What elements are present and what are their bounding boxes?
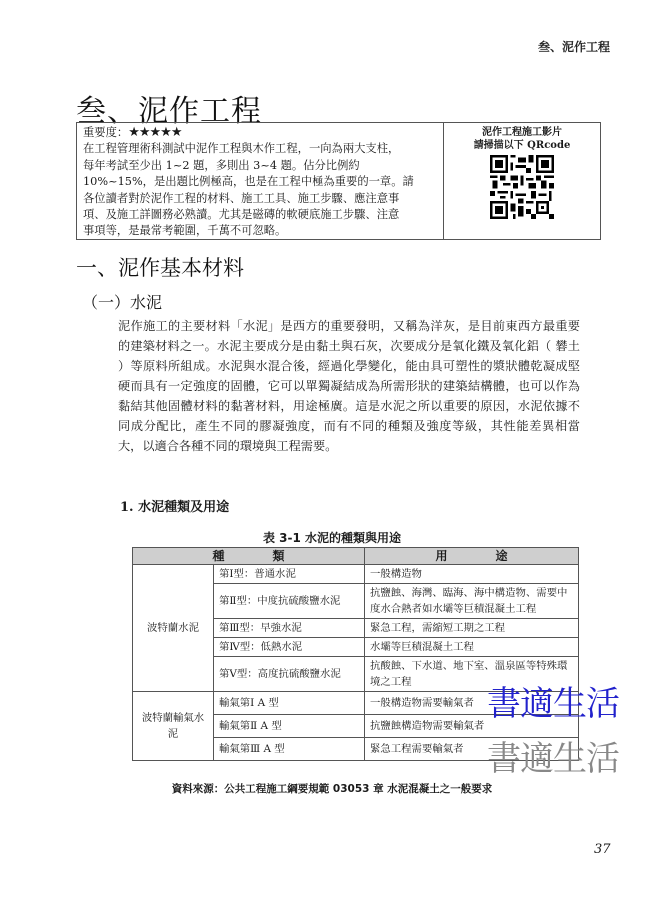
running-head: 叁、泥作工程 <box>538 38 610 55</box>
header-type: 種 類 <box>133 548 365 565</box>
cement-types-table: 種 類 用 途 波特蘭水泥 第Ⅰ型：普通水泥 一般構造物 第Ⅱ型：中度抗硫酸鹽水… <box>132 547 579 761</box>
importance-rating: 重要度：★★★★★ <box>83 125 437 141</box>
watermark-blue: 書適生活 <box>487 676 619 725</box>
intro-line: 每年考試至少出 1~2 題，多則出 3~4 題。佔分比例約 <box>83 158 437 174</box>
intro-line: 事項等，是最常考範圍，千萬不可忽略。 <box>83 223 437 239</box>
type-cell: 輸氣第Ⅱ A 型 <box>214 715 365 738</box>
importance-label: 重要度： <box>83 126 128 139</box>
watermark-gray: 書適生活 <box>487 731 619 780</box>
use-cell: 緊急工程，需縮短工期之工程 <box>365 619 579 638</box>
type-cell: 第Ⅳ型：低熱水泥 <box>214 638 365 657</box>
intro-line: 各位讀者對於泥作工程的材料、施工工具、施工步驟、應注意事 <box>83 191 437 207</box>
type-cell: 輸氣第Ⅰ A 型 <box>214 692 365 715</box>
page-number: 37 <box>594 842 611 857</box>
use-cell: 抗鹽蝕、海灣、臨海、海中構造物、需要中度水合熱者如水壩等巨積混凝土工程 <box>365 584 579 619</box>
type-cell: 第Ⅱ型：中度抗硫酸鹽水泥 <box>214 584 365 619</box>
qr-panel: 泥作工程施工影片 請掃描以下 QRcode <box>444 123 600 239</box>
qr-instruction: 請掃描以下 QRcode <box>474 139 571 152</box>
intro-text: 重要度：★★★★★ 在工程管理術科測試中泥作工程與木作工程，一向為兩大支柱， 每… <box>77 123 444 239</box>
header-use: 用 途 <box>365 548 579 565</box>
table-row: 波特蘭水泥 第Ⅰ型：普通水泥 一般構造物 <box>133 565 579 584</box>
intro-line: 10%~15%，是出題比例極高，也是在工程中極為重要的一章。請 <box>83 174 437 190</box>
use-cell: 水壩等巨積混凝土工程 <box>365 638 579 657</box>
intro-box: 重要度：★★★★★ 在工程管理術科測試中泥作工程與木作工程，一向為兩大支柱， 每… <box>76 122 601 240</box>
qr-code-icon[interactable] <box>490 155 554 219</box>
group-cell: 波特蘭水泥 <box>133 565 214 692</box>
subsection-heading: （一）水泥 <box>82 290 162 313</box>
table-caption: 表 3-1 水泥的種類與用途 <box>0 529 664 546</box>
use-cell: 一般構造物 <box>365 565 579 584</box>
star-icons: ★★★★★ <box>128 125 181 140</box>
type-cell: 第Ⅲ型：早強水泥 <box>214 619 365 638</box>
intro-line: 在工程管理術科測試中泥作工程與木作工程，一向為兩大支柱， <box>83 141 437 157</box>
item-heading: 1. 水泥種類及用途 <box>120 496 229 515</box>
qr-title: 泥作工程施工影片 <box>482 126 562 139</box>
table-source: 資料來源：公共工程施工綱要規範 03053 章 水泥混凝土之一般要求 <box>0 781 664 796</box>
section-heading: 一、泥作基本材料 <box>76 252 244 282</box>
type-cell: 第Ⅴ型：高度抗硫酸鹽水泥 <box>214 657 365 692</box>
paragraph-text: 泥作施工的主要材料「水泥」是西方的重要發明，又稱為洋灰，是目前東西方最重要的建築… <box>118 316 580 456</box>
table-header-row: 種 類 用 途 <box>133 548 579 565</box>
body-paragraph: 泥作施工的主要材料「水泥」是西方的重要發明，又稱為洋灰，是目前東西方最重要的建築… <box>118 316 580 456</box>
type-cell: 第Ⅰ型：普通水泥 <box>214 565 365 584</box>
type-cell: 輸氣第Ⅲ A 型 <box>214 738 365 761</box>
intro-line: 項、及施工詳圖務必熟讀。尤其是磁磚的軟硬底施工步驟、注意 <box>83 207 437 223</box>
group-cell: 波特蘭輸氣水泥 <box>133 692 214 761</box>
